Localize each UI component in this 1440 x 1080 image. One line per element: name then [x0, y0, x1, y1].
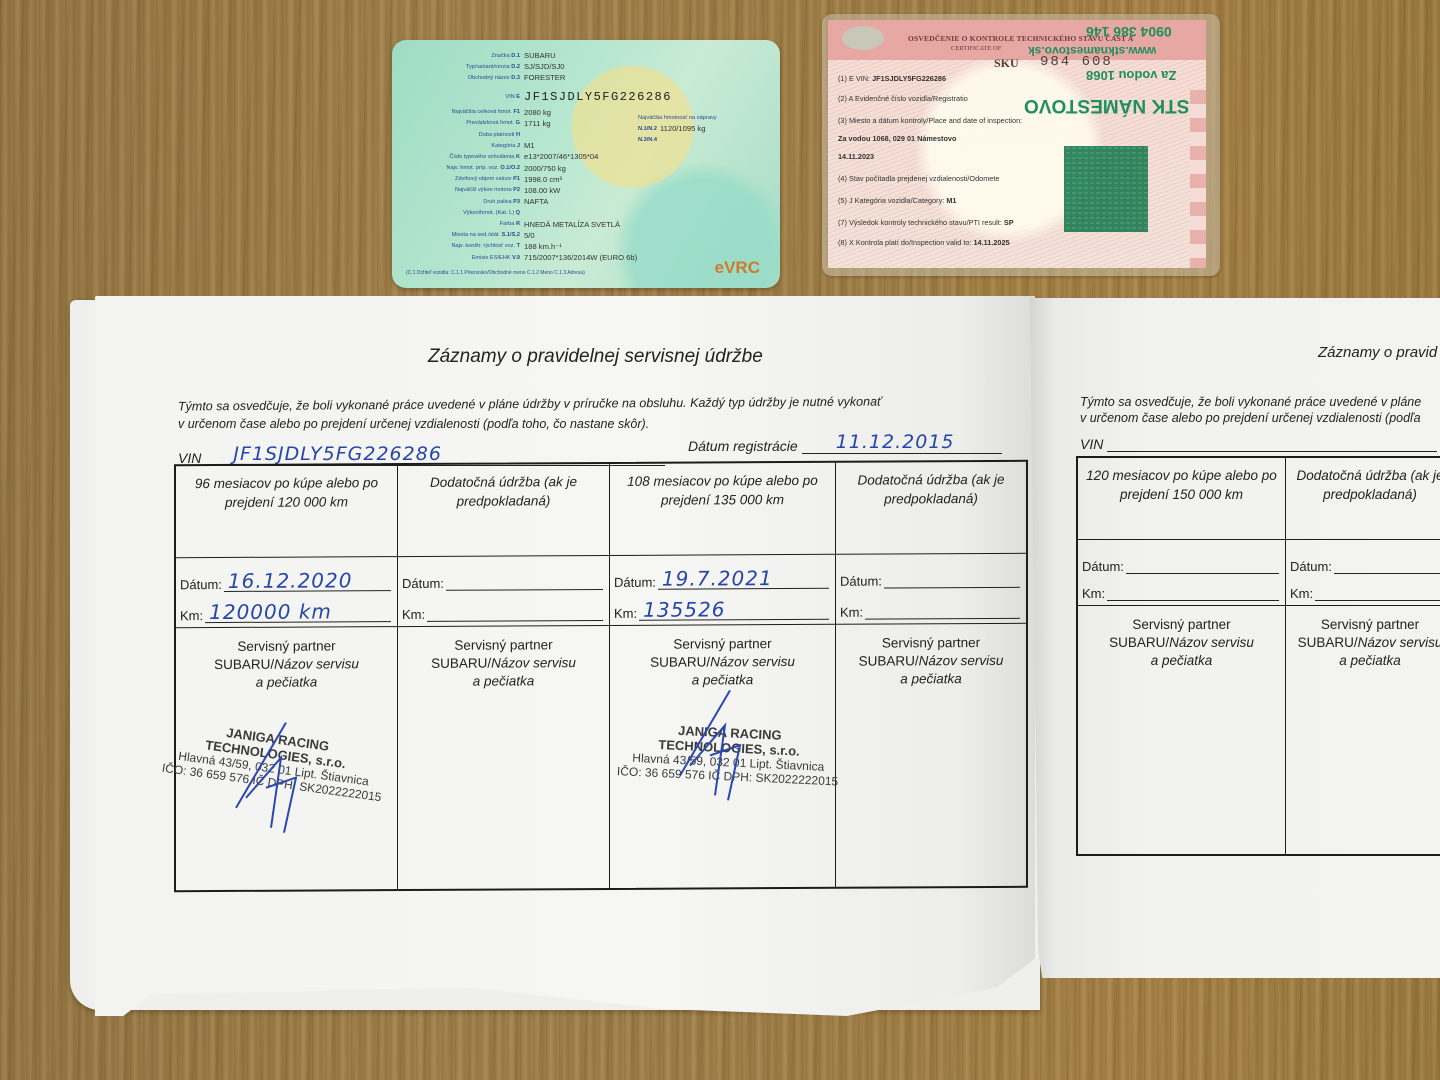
stk-title-en: CERTIFICATE OF	[951, 45, 1001, 52]
right-page-title: Záznamy o pravid	[1318, 344, 1437, 361]
evrc-field-value: 715/2007*136/2014W (EURO 6b)	[524, 253, 637, 262]
evrc-axle-label: Najväčšia hmotnosť na nápravy	[638, 112, 717, 123]
stk-line-value: SP	[1004, 218, 1014, 227]
stk-line-value: M1	[946, 196, 956, 205]
stk-stamp-name: STK NÁMESTOVO	[1024, 94, 1189, 116]
date-km-cell: Dátum:Km:	[836, 554, 1026, 625]
evrc-field-label: Značka D.1	[400, 53, 524, 59]
registration-date-field: Dátum registrácie 11.12.2015	[688, 436, 1002, 454]
state-emblem-icon	[842, 26, 884, 50]
interval-header-cell: 96 mesiacov po kúpe alebo po prejdení 12…	[176, 465, 398, 558]
date-field[interactable]: Dátum:	[1082, 558, 1279, 574]
evrc-field-row: Najv. konštr. rýchlosť voz. T188 km.h⁻¹	[400, 241, 700, 252]
evrc-field-label: Typ/variant/verzia D.2	[400, 64, 524, 70]
evrc-field-value: M1	[524, 141, 535, 150]
interval-header: 120 mesiacov po kúpe alebo po prejdení 1…	[1078, 458, 1285, 504]
stk-line-value: 14.11.2025	[973, 238, 1009, 247]
date-km-cell: Dátum:Km:	[1286, 540, 1440, 606]
page-title: Záznamy o pravidelnej servisnej údržbe	[428, 346, 763, 368]
evrc-field-value: 1998.0 cm³	[524, 175, 562, 184]
interval-header-cell: 108 mesiacov po kúpe alebo po prejdení 1…	[610, 463, 836, 556]
date-km-cell: Dátum:Km:	[398, 556, 610, 627]
registration-date-value: 11.12.2015	[836, 431, 955, 453]
signature-icon	[226, 718, 306, 838]
evrc-field-row: Farba RHNEDÁ METALÍZA SVETLÁ	[400, 218, 700, 229]
evrc-field-value: 1711 kg	[524, 119, 550, 128]
interval-header-cell: Dodatočná údržba (ak je predpokladaná)	[398, 464, 610, 557]
evrc-field-value: 2080 kg	[524, 108, 551, 117]
stk-series: SKU	[994, 56, 1019, 71]
right-vin-field: VIN	[1080, 434, 1437, 452]
interval-header: 96 mesiacov po kúpe alebo po prejdení 12…	[176, 465, 397, 512]
maintenance-records-table: 96 mesiacov po kúpe alebo po prejdení 12…	[174, 460, 1028, 892]
evrc-field-row: Emisie ES/EHK V.9715/2007*136/2014W (EUR…	[400, 252, 700, 263]
km-handwritten: 120000 km	[209, 599, 332, 624]
service-partner-cell: Servisný partnerSUBARU/Názov servisua pe…	[610, 625, 836, 888]
evrc-field-value: FORESTER	[524, 73, 565, 82]
evrc-field-label: Miesta na sed./stát. S.1/S.2	[400, 232, 524, 238]
evrc-field-label: Farba R	[400, 221, 524, 227]
interval-header-cell: Dodatočná údržba (ak je predpokladaná)	[836, 462, 1026, 555]
evrc-registration-card: Značka D.1SUBARUTyp/variant/verzia D.2SJ…	[392, 40, 780, 288]
stk-line: (1) E VIN: JF1SJDLY5FG226286	[838, 74, 946, 83]
evrc-field-label: Emisie ES/EHK V.9	[400, 255, 524, 261]
evrc-field-value: e13*2007/46*1305*04	[524, 152, 598, 161]
evrc-field-row: Najväčší výkon motora P2108.00 kW	[400, 185, 700, 196]
service-partner-cell: Servisný partnerSUBARU/Názov servisua pe…	[176, 627, 398, 890]
evrc-field-label: Najväčší výkon motora P2	[400, 187, 524, 193]
km-field[interactable]: Km:	[1082, 585, 1279, 601]
right-intro-line-2: v určenom čase alebo po prejdení určenej…	[1080, 408, 1421, 428]
stk-stamp-address: Za vodou 1068	[1086, 68, 1176, 83]
vin-handwritten-value: JF1SJDLY5FG226286	[233, 443, 442, 465]
km-field[interactable]: Km:	[402, 605, 603, 622]
evrc-field-value: 5/0	[524, 231, 535, 240]
date-handwritten: 16.12.2020	[228, 568, 353, 593]
stk-line: (2) A Evidenčné číslo vozidla/Registrati…	[838, 94, 968, 103]
evrc-field-label: Najv. konštr. rýchlosť voz. T	[400, 243, 524, 249]
evrc-field-label: VIN E	[400, 94, 524, 100]
signature-icon	[670, 685, 750, 805]
km-handwritten: 135526	[643, 597, 725, 621]
evrc-field-row: Číslo typového schválenia Ke13*2007/46*1…	[400, 151, 700, 162]
interval-header: Dodatočná údržba (ak je predpokladaná)	[398, 464, 609, 511]
evrc-field-value: NAFTA	[524, 197, 548, 206]
service-partner-label: Servisný partnerSUBARU/Názov servisua pe…	[176, 627, 397, 692]
service-partner-cell: Servisný partnerSUBARU/Názov servisua pe…	[1286, 606, 1440, 854]
km-field[interactable]: Km:120000 km	[180, 606, 391, 623]
evrc-field-label: Prevádzková hmot. G	[400, 120, 524, 126]
stk-line-value: 14.11.2023	[838, 152, 874, 161]
stk-line: 14.11.2023	[838, 152, 874, 161]
interval-header-cell: 120 mesiacov po kúpe alebo po prejdení 1…	[1078, 458, 1286, 540]
evrc-field-label: Najväčšia celková hmot. F1	[400, 109, 524, 115]
evrc-field-value: SUBARU	[524, 51, 556, 60]
stk-stamp-web: www.stknamestovo.sk	[1028, 44, 1156, 58]
stk-line-value: Za vodou 1068, 029 01 Námestovo	[838, 134, 956, 143]
right-maintenance-records-table: 120 mesiacov po kúpe alebo po prejdení 1…	[1076, 456, 1440, 856]
registration-date-label: Dátum registrácie	[688, 438, 798, 454]
date-field[interactable]: Dátum:	[402, 574, 603, 591]
service-partner-label: Servisný partnerSUBARU/Názov servisua pe…	[1078, 606, 1285, 670]
stk-line-value: JF1SJDLY5FG226286	[872, 74, 946, 83]
date-field[interactable]: Dátum:	[1290, 558, 1440, 574]
evrc-field-value: 108.00 kW	[524, 186, 560, 195]
service-partner-label: Servisný partnerSUBARU/Názov servisua pe…	[836, 624, 1026, 689]
stk-line: (4) Stav počítadla prejdenej vzdialenost…	[838, 174, 999, 183]
evrc-field-label: Výkon/hmot. (Kat. L) Q	[400, 210, 524, 216]
evrc-field-label: Obchodný názov D.3	[400, 75, 524, 81]
evrc-field-label: Číslo typového schválenia K	[400, 154, 524, 160]
date-km-cell: Dátum:Km:	[1078, 540, 1286, 606]
evrc-field-row: Zdvihový objem valcov P11998.0 cm³	[400, 174, 700, 185]
evrc-logo: eVRC	[715, 258, 760, 278]
service-partner-label: Servisný partnerSUBARU/Názov servisua pe…	[1286, 606, 1440, 670]
service-partner-label: Servisný partnerSUBARU/Názov servisua pe…	[398, 626, 609, 691]
stk-inspection-certificate: OSVEDČENIE O KONTROLE TECHNICKÉHO STAVU …	[828, 20, 1206, 268]
evrc-field-label: Druh paliva P3	[400, 199, 524, 205]
date-field[interactable]: Dátum:16.12.2020	[180, 575, 391, 592]
evrc-field-row: Miesta na sed./stát. S.1/S.25/0	[400, 230, 700, 241]
evrc-field-value: SJ/SJD/SJ0	[524, 62, 565, 71]
date-field[interactable]: Dátum:19.7.2021	[614, 573, 829, 590]
evrc-field-label: Najv. hmot. príp. voz. O.1/O.2	[400, 165, 524, 171]
date-field[interactable]: Dátum:	[840, 572, 1020, 589]
evrc-footer: (C.1 Držiteľ vozidla: C.1.1 Priezvisko/O…	[406, 270, 585, 276]
evrc-field-value: HNEDÁ METALÍZA SVETLÁ	[524, 220, 620, 229]
evrc-field-label: Doba platnosti H	[400, 132, 524, 138]
stk-line: (8) X Kontrola platí do/Inspection valid…	[838, 238, 1010, 247]
km-field[interactable]: Km:	[840, 603, 1020, 620]
stk-line: (7) Výsledok kontroly technického stavu/…	[838, 218, 1014, 227]
stk-line: Za vodou 1068, 029 01 Námestovo	[838, 134, 956, 143]
evrc-field-row: Druh paliva P3NAFTA	[400, 196, 700, 207]
evrc-field-value: JF1SJDLY5FG226286	[524, 90, 672, 104]
evrc-field-row: VIN EJF1SJDLY5FG226286	[400, 88, 700, 107]
intro-line-2: v určenom čase alebo po prejdení určenej…	[178, 414, 649, 434]
interval-header: Dodatočná údržba (ak je predpokladaná)	[1286, 458, 1440, 504]
stk-security-strip	[1190, 90, 1206, 268]
date-km-cell: Dátum:19.7.2021Km:135526	[610, 555, 836, 626]
service-partner-label: Servisný partnerSUBARU/Názov servisua pe…	[610, 625, 835, 690]
date-handwritten: 19.7.2021	[662, 566, 773, 591]
right-vin-label: VIN	[1080, 436, 1103, 452]
km-field[interactable]: Km:135526	[614, 604, 829, 621]
qr-code-icon	[1064, 146, 1148, 232]
evrc-field-label: Zdvihový objem valcov P1	[400, 176, 524, 182]
evrc-axle-n34: N.3/N.4	[638, 134, 717, 145]
evrc-axle-block: Najväčšia hmotnosť na nápravy N.1/N.2112…	[638, 112, 717, 145]
evrc-field-row: Obchodný názov D.3FORESTER	[400, 72, 700, 83]
evrc-field-value: 2000/750 kg	[524, 164, 566, 173]
interval-header: 108 mesiacov po kúpe alebo po prejdení 1…	[610, 463, 835, 510]
interval-header: Dodatočná údržba (ak je predpokladaná)	[836, 462, 1026, 509]
stk-line: (5) J Kategória vozidla/Category: M1	[838, 196, 956, 205]
evrc-field-row: Typ/variant/verzia D.2SJ/SJD/SJ0	[400, 61, 700, 72]
service-partner-cell: Servisný partnerSUBARU/Názov servisua pe…	[836, 624, 1026, 887]
evrc-field-row: Najv. hmot. príp. voz. O.1/O.22000/750 k…	[400, 163, 700, 174]
stk-line: (3) Miesto a dátum kontroly/Place and da…	[838, 116, 1022, 125]
evrc-axle-n12: N.1/N.21120/1095 kg	[638, 123, 717, 134]
service-partner-cell: Servisný partnerSUBARU/Názov servisua pe…	[1078, 606, 1286, 854]
evrc-field-row: Značka D.1SUBARU	[400, 50, 700, 61]
stk-stamp-phone: 0904 386 146	[1086, 24, 1172, 40]
evrc-field-row: Výkon/hmot. (Kat. L) Q	[400, 207, 700, 218]
evrc-field-label: Kategória J	[400, 143, 524, 149]
evrc-fields: Značka D.1SUBARUTyp/variant/verzia D.2SJ…	[400, 50, 700, 263]
service-partner-cell: Servisný partnerSUBARU/Názov servisua pe…	[398, 626, 610, 889]
interval-header-cell: Dodatočná údržba (ak je predpokladaná)	[1286, 458, 1440, 540]
evrc-field-value: 188 km.h⁻¹	[524, 242, 562, 251]
km-field[interactable]: Km:	[1290, 585, 1440, 601]
date-km-cell: Dátum:16.12.2020Km:120000 km	[176, 557, 398, 628]
